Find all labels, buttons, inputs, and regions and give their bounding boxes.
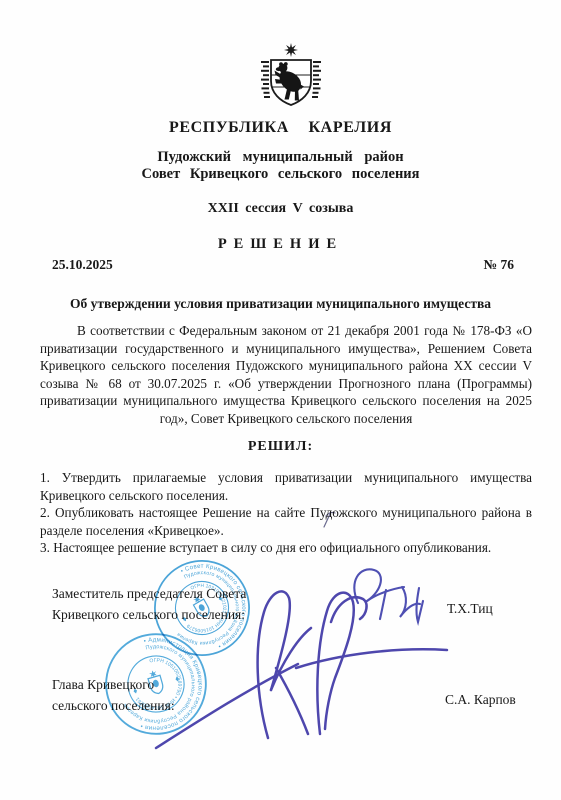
preamble-line: приватизации государственного и муниципа… [40,340,532,358]
preamble-line: год», Совет Кривецкого сельского поселен… [40,410,532,428]
right-ornament [312,61,321,98]
signatory-name-tits: Т.Х.Тиц [447,601,493,617]
signature-tits [354,569,423,622]
resolution-line: 1. Утвердить прилагаемые условия привати… [40,469,532,487]
resolution-line: Кривецкого сельского поселения. [40,487,532,505]
document-type: РЕШЕНИЕ [0,236,561,253]
resolution-list: 1. Утвердить прилагаемые условия привати… [40,469,532,557]
left-ornament [261,61,270,98]
karelia-coat-of-arms-icon [254,41,328,111]
preamble-line: В соответствии с Федеральным законом от … [40,322,532,340]
preamble-line: созыва № 68 от 30.07.2025 г. «Об утвержд… [40,375,532,393]
preamble-line: Кривецкого сельского поселения Пудожског… [40,357,532,375]
resolution-line: 2. Опубликовать настоящее Решение на сай… [40,504,532,522]
date-number-row: 25.10.2025 № 76 [52,257,514,273]
preamble: В соответствии с Федеральным законом от … [40,322,532,428]
resolution-line: разделе поселения «Кривецкое». [40,522,532,540]
document-title: Об утверждении условия приватизации муни… [0,296,561,312]
star-icon [284,43,298,57]
session-line: XXII сессия V созыва [0,201,561,217]
republic-title: РЕСПУБЛИКА КАРЕЛИЯ [0,119,561,137]
district-title: Пудожский муниципальный район [0,149,561,166]
document-date: 25.10.2025 [52,257,113,273]
document-page: РЕСПУБЛИКА КАРЕЛИЯ Пудожский муниципальн… [0,0,561,800]
resolution-line: 3. Настоящее решение вступает в силу со … [40,539,532,557]
signatory-name-karpov: С.А. Карпов [445,692,516,708]
document-number: № 76 [484,257,514,273]
preamble-line: приватизации муниципального имущества Кр… [40,392,532,410]
council-title: Совет Кривецкого сельского поселения [0,166,561,183]
administration-round-stamp: • Администрация Кривецкого сельского пос… [102,630,210,738]
resolved-heading: РЕШИЛ: [0,439,561,455]
